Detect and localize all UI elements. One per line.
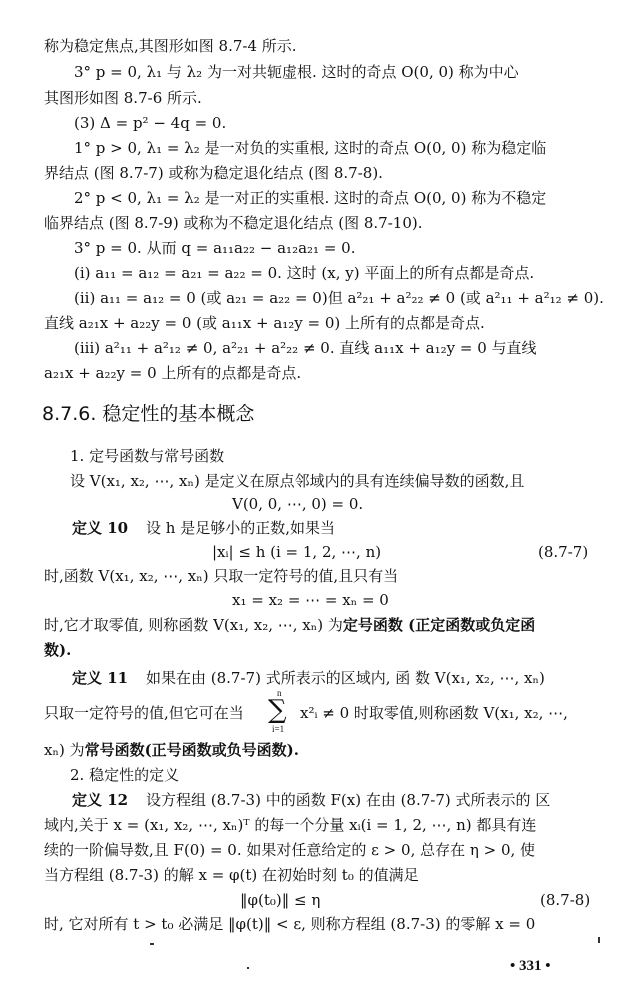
- text-line: x²ᵢ ≠ 0 时取零值,则称函数 V(x₁, x₂, ⋯,: [300, 703, 568, 723]
- scan-speck: [247, 967, 249, 969]
- bold-term: 数).: [44, 640, 71, 660]
- text-line: 域内,关于 x = (x₁, x₂, ⋯, xₙ)ᵀ 的每一个分量 xᵢ(i =…: [44, 815, 536, 835]
- text-line: (iii) a²₁₁ + a²₁₂ ≠ 0, a²₂₁ + a²₂₂ ≠ 0. …: [74, 338, 537, 358]
- equation-number: (8.7-8): [540, 890, 590, 910]
- text-line: xₙ) 为常号函数(正号函数或负号函数).: [44, 740, 299, 760]
- text-line: 只取一定符号的值,但它可在当: [44, 703, 244, 723]
- text-span: 时,它才取零值, 则称函数 V(x₁, x₂, ⋯, xₙ) 为: [44, 616, 343, 634]
- text-line: 3° p = 0, λ₁ 与 λ₂ 为一对共轭虚根. 这时的奇点 O(0, 0)…: [74, 62, 519, 82]
- bold-term: 常号函数(正号函数或负号函数).: [85, 741, 299, 759]
- subsection-title: 1. 定号函数与常号函数: [70, 446, 224, 466]
- text-line: 设方程组 (8.7-3) 中的函数 F(x) 在由 (8.7-7) 式所表示的 …: [146, 790, 550, 810]
- text-line: 当方程组 (8.7-3) 的解 x = φ(t) 在初始时刻 t₀ 的值满足: [44, 865, 419, 885]
- text-line: 时, 它对所有 t > t₀ 必满足 ‖φ(t)‖ < ε, 则称方程组 (8.…: [44, 914, 535, 934]
- text-line: 设 h 是足够小的正数,如果当: [146, 518, 335, 538]
- text-line: (3) Δ = p² − 4q = 0.: [74, 113, 226, 133]
- equation: ‖φ(t₀)‖ ≤ η: [240, 890, 320, 910]
- definition-label: 定义 12: [72, 790, 128, 810]
- text-span: xₙ) 为: [44, 741, 85, 759]
- equation: V(0, 0, ⋯, 0) = 0.: [232, 494, 363, 514]
- definition-label: 定义 11: [72, 668, 128, 688]
- text-line: 时,它才取零值, 则称函数 V(x₁, x₂, ⋯, xₙ) 为定号函数 (正定…: [44, 615, 535, 635]
- text-line: 临界结点 (图 8.7-9) 或称为不稳定退化结点 (图 8.7-10).: [44, 213, 423, 233]
- text-line: a₂₁x + a₂₂y = 0 上所有的点都是奇点.: [44, 363, 301, 383]
- definition-label: 定义 10: [72, 518, 128, 538]
- text-line: 如果在由 (8.7-7) 式所表示的区域内, 函 数 V(x₁, x₂, ⋯, …: [146, 668, 545, 688]
- bold-term: 定号函数 (正定函数或负定函: [343, 616, 535, 634]
- text-line: (i) a₁₁ = a₁₂ = a₂₁ = a₂₂ = 0. 这时 (x, y)…: [74, 263, 534, 283]
- section-heading: 8.7.6. 稳定性的基本概念: [42, 404, 254, 424]
- text-line: 1° p > 0, λ₁ = λ₂ 是一对负的实重根, 这时的奇点 O(0, 0…: [74, 138, 546, 158]
- equation: x₁ = x₂ = ⋯ = xₙ = 0: [232, 590, 389, 610]
- text-line: 时,函数 V(x₁, x₂, ⋯, xₙ) 只取一定符号的值,且只有当: [44, 566, 398, 586]
- subsection-title: 2. 稳定性的定义: [70, 765, 179, 785]
- equation: |xᵢ| ≤ h (i = 1, 2, ⋯, n): [212, 542, 381, 562]
- text-line: 界结点 (图 8.7-7) 或称为稳定退化结点 (图 8.7-8).: [44, 163, 383, 183]
- page-number: • 331 •: [510, 958, 551, 975]
- equation-number: (8.7-7): [538, 542, 588, 562]
- scan-speck: [150, 943, 154, 945]
- summation-sign: ∑: [268, 697, 287, 723]
- sum-lower-limit: i=1: [272, 724, 284, 734]
- text-line: 称为稳定焦点,其图形如图 8.7-4 所示.: [44, 36, 297, 56]
- text-line: 续的一阶偏导数,且 F(0) = 0. 如果对任意给定的 ε > 0, 总存在 …: [44, 840, 535, 860]
- text-line: 2° p < 0, λ₁ = λ₂ 是一对正的实重根. 这时的奇点 O(0, 0…: [74, 188, 546, 208]
- text-line: 3° p = 0. 从而 q = a₁₁a₂₂ − a₁₂a₂₁ = 0.: [74, 238, 355, 258]
- text-line: 其图形如图 8.7-6 所示.: [44, 88, 202, 108]
- text-line: 设 V(x₁, x₂, ⋯, xₙ) 是定义在原点邻域内的具有连续偏导数的函数,…: [70, 471, 524, 491]
- text-line: 直线 a₂₁x + a₂₂y = 0 (或 a₁₁x + a₁₂y = 0) 上…: [44, 313, 485, 333]
- text-line: (ii) a₁₁ = a₁₂ = 0 (或 a₂₁ = a₂₂ = 0)但 a²…: [74, 288, 604, 308]
- scan-speck: [598, 937, 600, 943]
